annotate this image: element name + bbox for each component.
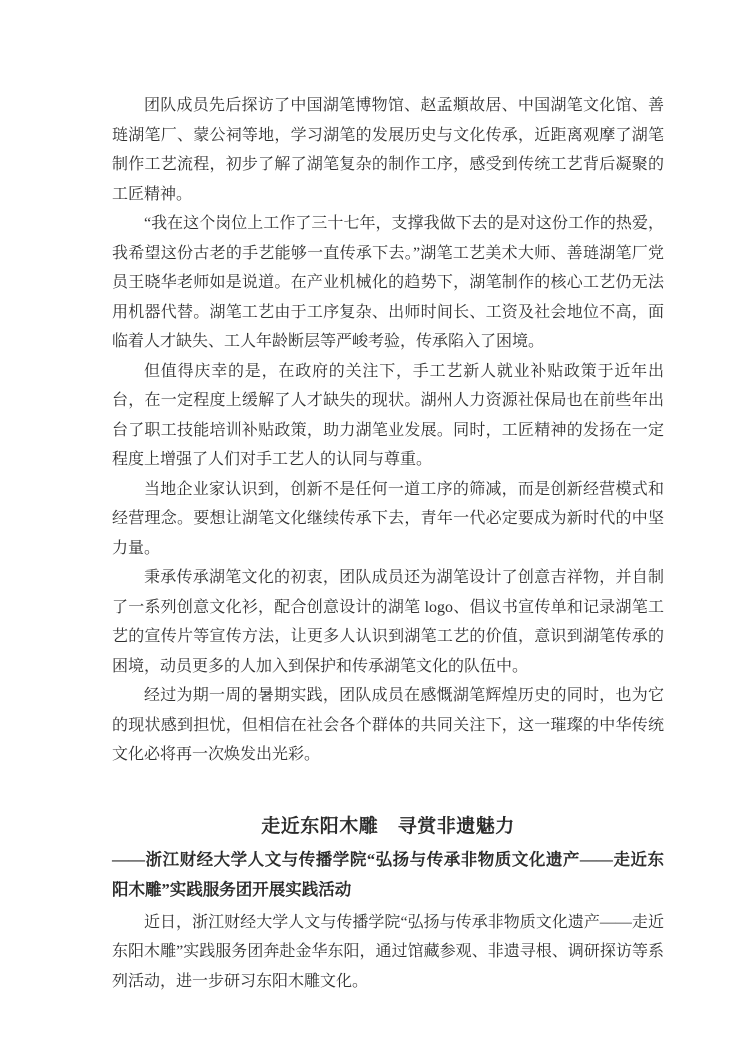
article-dongyang: 走近东阳木雕 寻赏非遗魅力 ——浙江财经大学人文与传播学院“弘扬与传承非物质文化… [112,814,664,997]
paragraph: 近日，浙江财经大学人文与传播学院“弘扬与传承非物质文化遗产——走近东阳木雕”实践… [112,908,664,997]
paragraph: “我在这个岗位上工作了三十七年，支撑我做下去的是对这份工作的热爱，我希望这份古老… [112,209,664,357]
paragraph: 当地企业家认识到，创新不是任何一道工序的筛减，而是创新经营模式和经营理念。要想让… [112,475,664,564]
document-page: 团队成员先后探访了中国湖笔博物馆、赵孟頫故居、中国湖笔文化馆、善琏湖笔厂、蒙公祠… [0,0,750,1061]
paragraph: 但值得庆幸的是，在政府的关注下，手工艺新人就业补贴政策于近年出台，在一定程度上缓… [112,357,664,475]
document-content: 团队成员先后探访了中国湖笔博物馆、赵孟頫故居、中国湖笔文化馆、善琏湖笔厂、蒙公祠… [112,91,664,996]
paragraph: 秉承传承湖笔文化的初衷，团队成员还为湖笔设计了创意吉祥物，并自制了一系列创意文化… [112,563,664,681]
paragraph: 经过为期一周的暑期实践，团队成员在感慨湖笔辉煌历史的同时，也为它的现状感到担忧，… [112,681,664,770]
article-subtitle: ——浙江财经大学人文与传播学院“弘扬与传承非物质文化遗产——走近东阳木雕”实践服… [112,845,664,906]
article-title: 走近东阳木雕 寻赏非遗魅力 [112,814,664,840]
article-hubi: 团队成员先后探访了中国湖笔博物馆、赵孟頫故居、中国湖笔文化馆、善琏湖笔厂、蒙公祠… [112,91,664,770]
paragraph: 团队成员先后探访了中国湖笔博物馆、赵孟頫故居、中国湖笔文化馆、善琏湖笔厂、蒙公祠… [112,91,664,209]
